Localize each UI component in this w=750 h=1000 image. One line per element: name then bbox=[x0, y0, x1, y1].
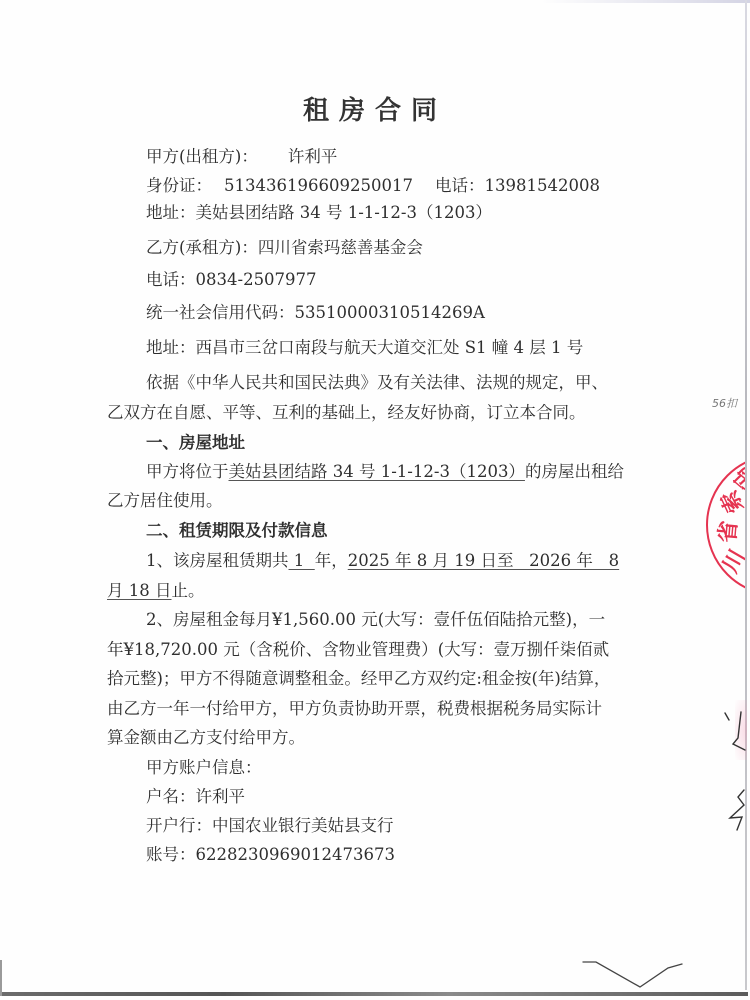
contract-page: 租房合同 甲方(出租方)：许利平 身份证：513436196609250017 … bbox=[0, 0, 750, 1000]
handwriting-marks bbox=[0, 0, 750, 1000]
